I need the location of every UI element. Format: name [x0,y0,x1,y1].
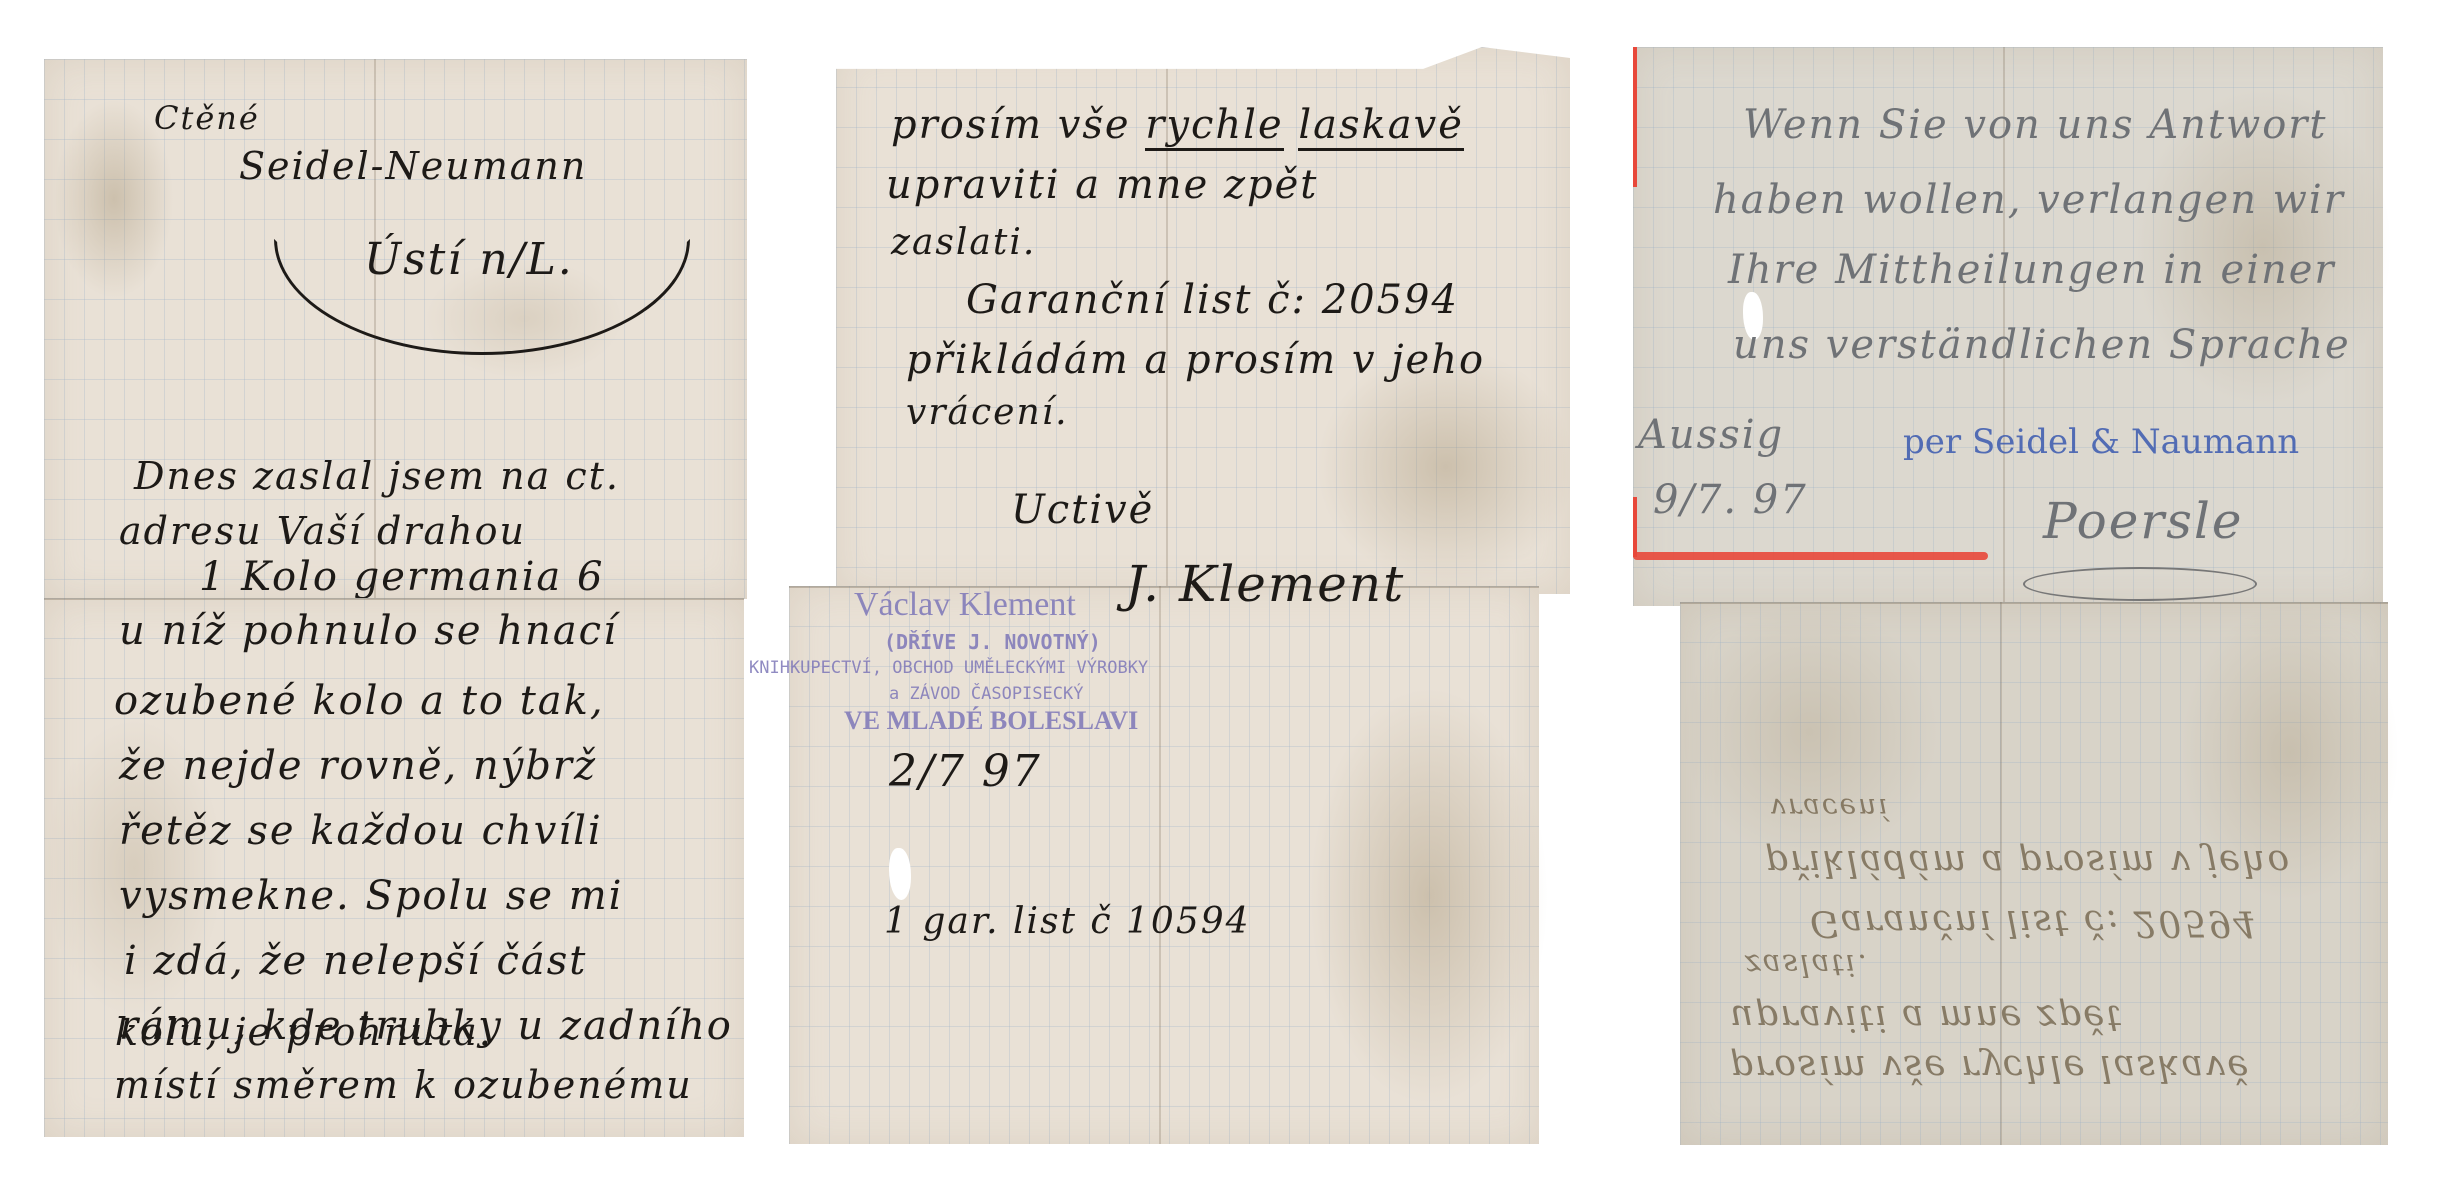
stamp-line: VE MLADÉ BOLESLAVI [844,706,1138,736]
body-line: ozubené kolo a to tak, [114,678,605,724]
underlined-word: laskavě [1298,102,1464,151]
closing: Uctivě [1011,487,1154,533]
letter-middle-bottom: Václav Klement (DŘÍVE J. NOVOTNÝ) KNIHKU… [789,586,1539,1144]
red-margin-mark [1633,497,1637,557]
flourish-swash [274,239,690,355]
body-line: řetěz se každou chvíli [119,808,603,854]
body-line-text: prosím vše [891,102,1145,148]
body-line: místí směrem k ozubenému [114,1063,693,1107]
space [1284,102,1299,148]
fold-crease [44,598,744,600]
body-line: upraviti a mne zpět [886,162,1318,208]
signature: J. Klement [1125,555,1405,613]
paper-hole [889,848,911,900]
signature-flourish [2023,567,2257,601]
company-stamp: per Seidel & Naumann [1903,422,2299,462]
bleed-through-line: Garanční list č: 20594 [1810,902,2258,943]
letter-left-top: Ctěné Seidel-Neumann Ústí n/L. Dnes zasl… [44,59,747,599]
underlined-word: rychle [1145,102,1283,151]
bleed-through-line: zaslati. [1745,947,1869,982]
red-margin-mark [1633,47,1637,187]
body-line: Garanční list č: 20594 [966,277,1459,323]
body-line: 1 Kolo germania 6 [199,554,604,600]
body-line-last: kolu, je prohnuta. [115,1010,493,1054]
stamp-line: Václav Klement [854,586,1076,624]
body-line: vysmekne. Spolu se mi [119,873,623,919]
body-line: prosím vše rychle laskavě [891,102,1464,148]
signature: Poersle [2043,492,2243,550]
red-crayon-mark [1633,552,1988,560]
bleed-through-line: prosím vše rychle laskavě [1730,1047,2251,1088]
place: Aussig [1638,412,1784,458]
bleed-through-line: přikládám a prosím v jeho [1765,842,2291,883]
body-line: že nejde rovně, nýbrž [119,743,597,789]
body-line: Dnes zaslal jsem na ct. [134,454,620,498]
letter-right-top: Wenn Sie von uns Antwort haben wollen, v… [1633,47,2383,606]
stamp-line: (DŘÍVE J. NOVOTNÝ) [884,630,1101,654]
body-line: adresu Vaší drahou [119,509,526,553]
body-line: u níž pohnulo se hnací [119,608,618,654]
body-line: Wenn Sie von uns Antwort [1743,102,2328,148]
addressee: Seidel-Neumann [239,144,587,188]
bleed-through-line: upraviti a mne zpět [1730,997,2123,1038]
stain [1316,347,1576,587]
body-line: i zdá, že nelepší část [124,938,587,984]
stamp-line: a ZÁVOD ČASOPISECKÝ [889,684,1083,704]
body-line: Ihre Mittheilungen in einer [1728,247,2336,293]
letter-middle-top: prosím vše rychle laskavě upraviti a mne… [836,47,1570,594]
body-line: uns verständlichen Sprache [1733,322,2351,368]
stamp-line: KNIHKUPECTVÍ, OBCHOD UMĚLECKÝMI VÝROBKY [749,658,1148,678]
fold-line [1159,586,1161,1144]
date: 2/7 97 [889,746,1042,797]
note: 1 gar. list č 10594 [884,901,1251,942]
letter-left-bottom: u níž pohnulo se hnací ozubené kolo a to… [44,598,744,1137]
body-line: haben wollen, verlangen wir [1713,177,2345,223]
body-line-text: u níž pohnulo se hnací [119,608,618,654]
letter-right-bottom: vracení přikládám a prosím v jeho Garanč… [1680,602,2388,1145]
bleed-through-line: vracení [1770,792,1889,825]
fold-crease [1680,602,2388,604]
body-line: přikládám a prosím v jeho [906,337,1485,383]
salutation: Ctěné [154,99,260,137]
stain [1309,686,1549,1106]
date: 9/7. 97 [1653,477,1808,523]
body-line: zaslati. [891,222,1036,263]
body-line: vrácení. [906,392,1069,433]
